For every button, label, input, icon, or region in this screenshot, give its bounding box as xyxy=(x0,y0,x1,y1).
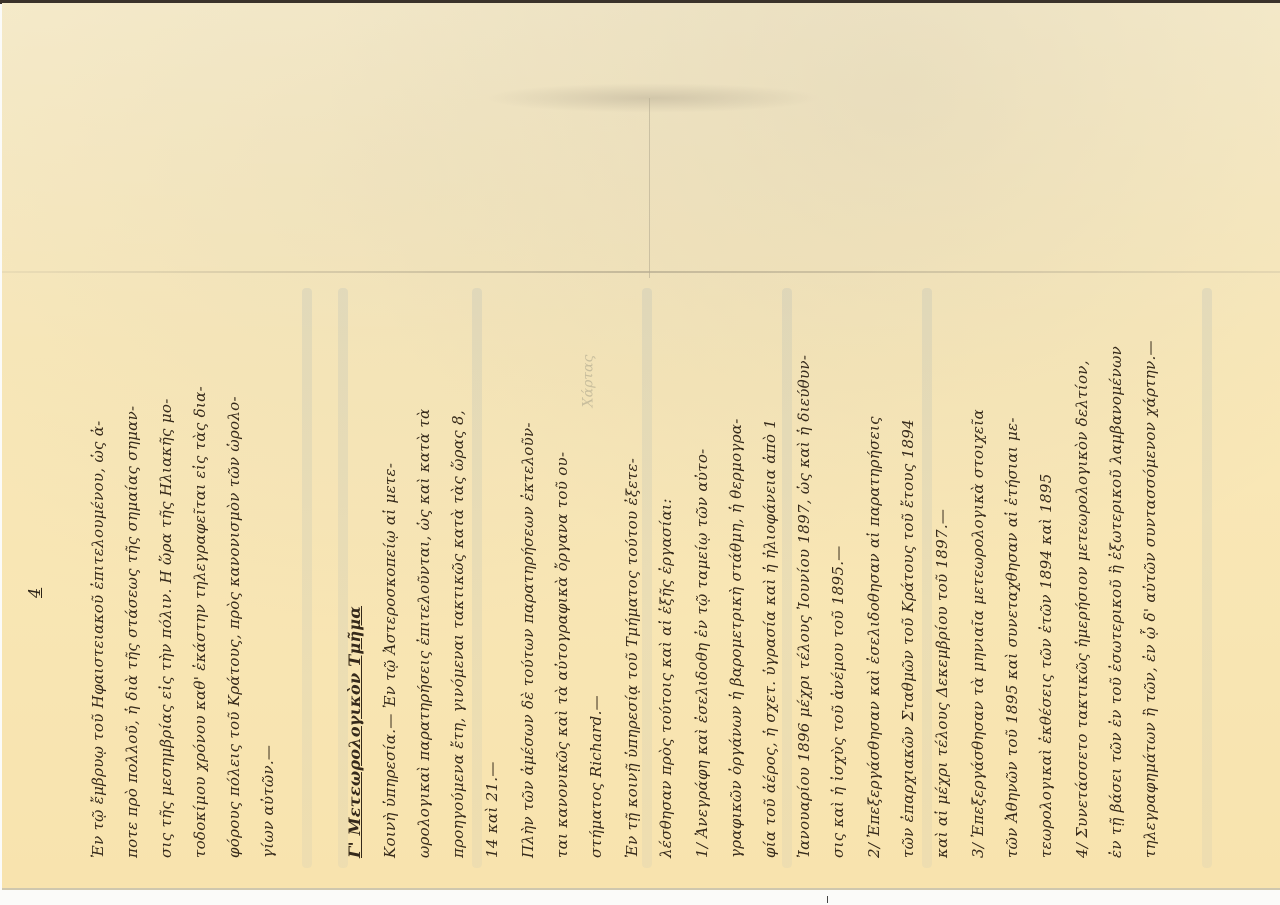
manuscript-line: ται κανονικῶς καὶ τὰ αὐτογραφικὰ ὄργανα … xyxy=(552,452,572,858)
ink-bleed-through xyxy=(1202,288,1212,868)
manuscript-line: 4/ Συνετάσσετο τακτικῶς ἡμερήσιον μετεωρ… xyxy=(1072,360,1092,858)
ink-bleed-through xyxy=(642,288,652,868)
manuscript-line: 1/ Ἀνεγράφη καὶ ἐσελιδοθη ἐν τῷ ταμείῳ τ… xyxy=(692,448,712,858)
manuscript-line: τῶν ἐπαρχιακῶν Σταθμῶν τοῦ Κράτους τοῦ ἔ… xyxy=(898,419,918,858)
manuscript-line: 2/ Ἐπεξεργάσθησαν καὶ ἐσελιδοθησαν αἱ πα… xyxy=(864,416,884,858)
scan-mark xyxy=(827,896,828,903)
manuscript-line: Πλὴν τῶν ἀμέσων δὲ τούτων παρατηρήσεων ἐ… xyxy=(518,422,538,858)
manuscript-line: προηγούμενα ἔτη, γινόμεναι τακτικῶς κατὰ… xyxy=(448,410,468,858)
horizontal-fold-line xyxy=(2,271,1280,273)
page-number: 4 xyxy=(25,578,55,598)
manuscript-line: φόρους πόλεις τοῦ Κράτους, πρὸς κανονισμ… xyxy=(224,396,244,858)
manuscript-line: ωρολογικαὶ παρατηρήσεις ἐπιτελοῦνται, ὡς… xyxy=(414,409,434,858)
ink-bleed-through xyxy=(922,288,932,868)
section-heading: Γ' Μετεωρολογικὸν Τμῆμα xyxy=(345,606,365,858)
manuscript-line: ἐν τῇ βάσει τῶν ἐν τοῦ ἐσωτερικοῦ ἢ ἐξωτ… xyxy=(1106,346,1126,858)
ink-bleed-through xyxy=(472,288,482,868)
manuscript-line: καὶ αἱ μέχρι τέλους Δεκεμβρίου τοῦ 1897.… xyxy=(932,509,952,858)
manuscript-line: Ἐν τῷ ἔμβρυῳ τοῦ Ηφαιστειακοῦ ἐπιτελουμέ… xyxy=(88,420,108,858)
manuscript-line: τῶν Ἀθηνῶν τοῦ 1895 καὶ συνεταχθησαν αἱ … xyxy=(1002,417,1022,858)
manuscript-line: λέσθησαν πρὸς τούτοις καὶ αἱ ἑξῆς ἐργασί… xyxy=(656,498,676,858)
manuscript-line: σις καὶ ἡ ἰσχὺς τοῦ ἀνέμου τοῦ 1895.— xyxy=(828,545,848,858)
manuscript-line: γίων αὐτῶν.— xyxy=(258,745,278,858)
manuscript-line: φία τοῦ ἀέρος, ἡ σχετ. ὑγρασία καὶ ἡ ἠλι… xyxy=(760,419,780,858)
manuscript-line: τεωρολογικαὶ ἐκθέσεις τῶν ἐτῶν 1894 καὶ … xyxy=(1036,473,1056,858)
paper-sheet: Χάρτας 4 Ἐν τῷ ἔμβρυῳ τοῦ Ηφαιστειακοῦ ἐ… xyxy=(2,3,1280,890)
paper-crease xyxy=(482,83,822,113)
manuscript-line: γραφικῶν ὀργάνων ἡ βαρομετρικὴ στάθμη, ἡ… xyxy=(726,418,746,858)
vertical-fold-line xyxy=(649,98,650,278)
ink-bleed-through xyxy=(302,288,312,868)
manuscript-line: 14 καὶ 21.— xyxy=(482,761,502,858)
manuscript-line: σις τῆς μεσημβρίας εἰς τὴν πόλιν. Η ὥρα … xyxy=(156,398,176,858)
document-scan: Χάρτας 4 Ἐν τῷ ἔμβρυῳ τοῦ Ηφαιστειακοῦ ἐ… xyxy=(0,0,1280,905)
manuscript-line: Κοινὴ ὑπηρεσία.— Ἐν τῷ Ἀστεροσκοπείῳ αἱ … xyxy=(380,463,400,858)
manuscript-line: τοδοκίμου χρόνου καθ' ἑκάστην τηλεγραφεῖ… xyxy=(190,386,210,858)
manuscript-line: στήματος Richard.— xyxy=(586,695,606,858)
manuscript-line: τηλεγραφημάτων ἢ τῶν, ἐν ᾧ δ' αὐτῶν συντ… xyxy=(1140,340,1160,858)
margin-note-faint: Χάρτας xyxy=(580,355,596,408)
manuscript-line: Ἰανουαρίου 1896 μέχρι τέλους Ἰουνίου 189… xyxy=(794,355,814,858)
manuscript-line: ποτε πρὸ πολλοῦ, ἡ διὰ τῆς στάσεως τῆς σ… xyxy=(122,406,142,858)
manuscript-line: Ἐν τῇ κοινῇ ὑπηρεσίᾳ τοῦ Τμήματος τούτου… xyxy=(622,458,642,858)
ink-bleed-through xyxy=(782,288,792,868)
manuscript-line: 3/ Ἐπεξεργάσθησαν τὰ μηνιαῖα μετεωρολογι… xyxy=(968,409,988,858)
